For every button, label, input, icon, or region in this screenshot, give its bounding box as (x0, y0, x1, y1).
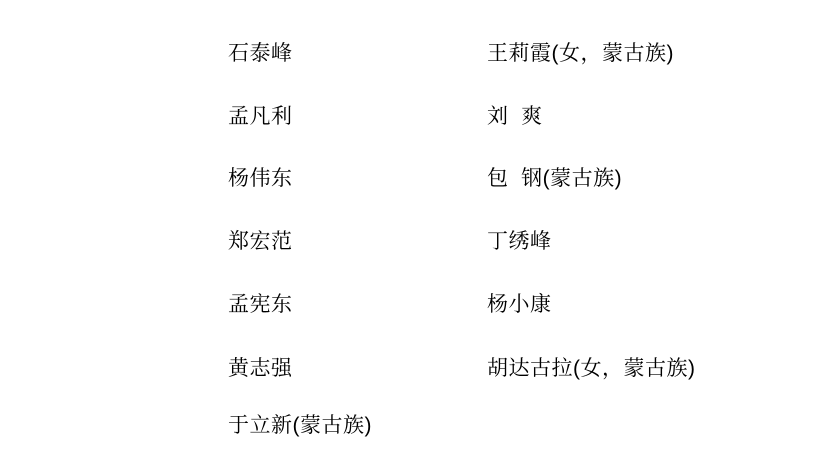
document-page: 石泰峰 王莉霞(女，蒙古族) 孟凡利 刘 爽 杨伟东 包 钢(蒙古族) 郑宏范 … (0, 0, 826, 471)
name-cell-left: 黄志强 (228, 358, 293, 380)
name-cell-left: 郑宏范 (228, 231, 293, 253)
name-cell-left: 孟凡利 (228, 106, 293, 128)
name-cell-left: 孟宪东 (228, 294, 293, 316)
name-row: 于立新(蒙古族) (0, 415, 826, 439)
name-cell-left: 石泰峰 (228, 43, 293, 65)
name-cell-left: 杨伟东 (228, 168, 293, 190)
name-row: 孟凡利 刘 爽 (0, 106, 826, 130)
name-row: 杨伟东 包 钢(蒙古族) (0, 168, 826, 192)
name-row: 石泰峰 王莉霞(女，蒙古族) (0, 43, 826, 67)
name-row: 郑宏范 丁绣峰 (0, 231, 826, 255)
name-cell-right: 丁绣峰 (487, 231, 552, 253)
name-cell-right: 王莉霞(女，蒙古族) (487, 43, 674, 65)
name-cell-left: 于立新(蒙古族) (228, 415, 372, 437)
name-row: 黄志强 胡达古拉(女，蒙古族) (0, 358, 826, 382)
name-cell-right: 包 钢(蒙古族) (487, 168, 622, 190)
name-cell-right: 杨小康 (487, 294, 552, 316)
name-cell-right: 刘 爽 (487, 106, 543, 128)
name-row: 孟宪东 杨小康 (0, 294, 826, 318)
name-cell-right: 胡达古拉(女，蒙古族) (487, 358, 696, 380)
